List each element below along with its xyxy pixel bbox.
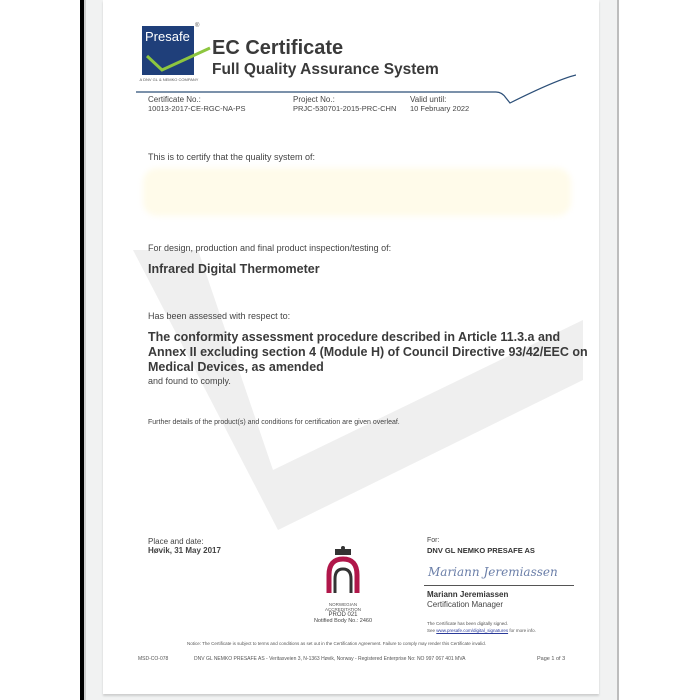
- footer-notice: Notice: The Certificate is subject to te…: [187, 641, 486, 646]
- presafe-logo: Presafe: [142, 26, 194, 75]
- valid-until-label: Valid until:: [410, 95, 446, 104]
- registered-mark: ®: [195, 23, 199, 29]
- digital-signatures-link[interactable]: www.presafe.com/digital_signatures: [436, 628, 508, 633]
- certificate-page: Presafe ® A DNV GL & NEMKO COMPANY EC Ce…: [103, 0, 599, 694]
- certificate-title: EC Certificate: [212, 37, 343, 60]
- footer-address: DNV GL NEMKO PRESAFE AS - Veritasveien 3…: [194, 656, 466, 662]
- product-name: Infrared Digital Thermometer: [148, 262, 320, 276]
- project-no-label: Project No.:: [293, 95, 335, 104]
- issuing-company: DNV GL NEMKO PRESAFE AS: [427, 546, 535, 555]
- see-prefix: See: [427, 628, 435, 633]
- project-no: PRJC-530701-2015-PRC-CHN: [293, 104, 396, 113]
- signer-title: Certification Manager: [427, 600, 503, 609]
- assessed-intro: Has been assessed with respect to:: [148, 311, 290, 321]
- scope-intro: For design, production and final product…: [148, 243, 391, 253]
- place-date-label: Place and date:: [148, 537, 204, 546]
- accreditation-block: NORWEGIAN ACCREDITATION PROD 021 Notifie…: [303, 545, 383, 624]
- procedure-text: The conformity assessment procedure desc…: [148, 330, 588, 375]
- viewer-right-border: [617, 0, 619, 700]
- document-code: MSD-CO-078: [138, 656, 168, 662]
- digital-signature-info: See www.presafe.com/digital_signatures f…: [427, 628, 536, 633]
- valid-until: 10 February 2022: [410, 104, 469, 113]
- notified-body-number: Notified Body No.: 2460: [303, 618, 383, 624]
- page-number: Page 1 of 3: [537, 656, 565, 662]
- for-label: For:: [427, 537, 439, 544]
- certify-intro: This is to certify that the quality syst…: [148, 152, 315, 162]
- header-swoosh-line: [136, 72, 576, 108]
- see-suffix: for more info.: [509, 628, 536, 633]
- further-details: Further details of the product(s) and co…: [148, 419, 400, 426]
- signer-name: Mariann Jeremiassen: [427, 590, 508, 599]
- signature-line: [424, 585, 574, 586]
- certificate-no: 10013-2017-CE-RGC-NA-PS: [148, 104, 246, 113]
- redacted-company-name: [143, 168, 571, 216]
- certificate-no-label: Certificate No.:: [148, 95, 201, 104]
- signature: Mariann Jeremiassen: [428, 565, 558, 579]
- norwegian-accreditation-logo: [323, 545, 363, 597]
- comply-text: and found to comply.: [148, 376, 231, 386]
- place-date: Høvik, 31 May 2017: [148, 546, 221, 555]
- digital-signature-note: The Certificate has been digitally signe…: [427, 621, 508, 626]
